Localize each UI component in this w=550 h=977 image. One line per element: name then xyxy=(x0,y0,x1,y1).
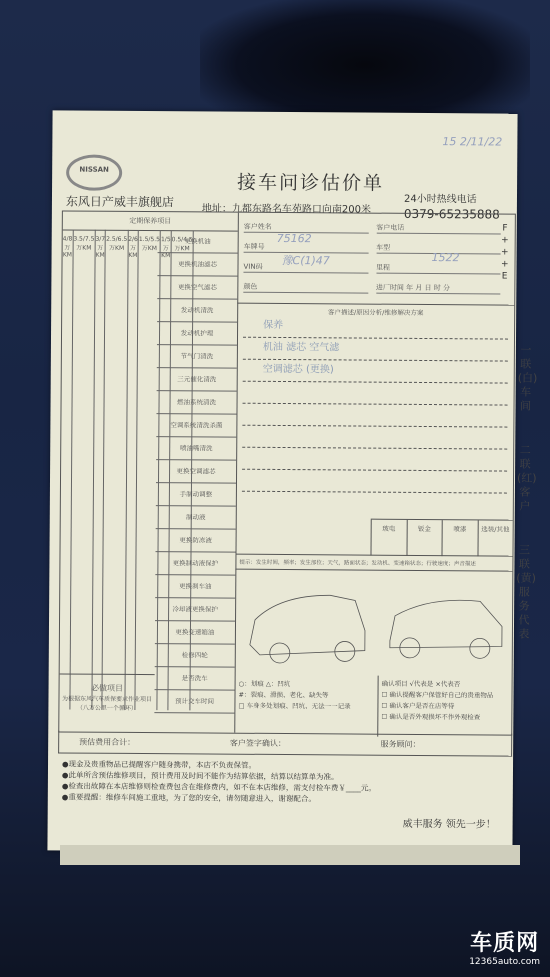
copy-labels: 一联(白)车间 二联(红)客户 三联(黄)服务代表 xyxy=(516,344,534,642)
hint-text: 提示：发生时间，频率；发生部位；天气，路面状态；发动机、变速箱状态；行驶速度；声… xyxy=(235,554,512,572)
list-item: 燃油系统清洗 xyxy=(156,391,236,415)
confirm-items: 确认项目 √代表是 ×代表否 ☐ 确认提醒客户保管好自己的贵重物品 ☐ 确认客户… xyxy=(377,676,518,738)
handwritten-model: 1522 xyxy=(432,251,460,264)
list-item: 更换变速箱油 xyxy=(155,621,235,645)
handwritten-phone: 15 2/11/22 xyxy=(442,135,502,148)
notes: ●现金及贵重物品已提醒客户随身携带，本店不负责保管。●此单所含预估维修项目，预计… xyxy=(62,758,502,805)
list-item: 检修四轮 xyxy=(155,644,235,668)
car-diagram-icon xyxy=(240,575,511,672)
customer-info: 客户姓名客户电话 车牌号车型 VIN码里程 颜色进厂时间 年 月 日 时 分 F… xyxy=(237,213,515,306)
totals-row: 预估费用合计：客户签字确认：服务顾问： xyxy=(58,730,512,756)
damage-legend: ○：划痕 △：凹坑#：裂痕、滑损、老化、缺失等□ 车身多处划痕、凹坑、无法一一记… xyxy=(234,675,382,717)
list-item: 节气门清洗 xyxy=(157,345,237,369)
list-item: 制动液 xyxy=(156,506,236,530)
list-item: 空调系统清洗杀菌 xyxy=(156,414,236,438)
list-item: 喷油嘴清洗 xyxy=(156,437,236,461)
background-shadow xyxy=(200,0,530,130)
list-item: 更换制动液保护 xyxy=(155,552,235,576)
list-item: 手制动调整 xyxy=(156,483,236,507)
list-item: 更换空调滤芯 xyxy=(156,460,236,484)
list-item: 是否洗车 xyxy=(155,667,235,691)
damage-columns: 玻电钣金喷漆选装/其他 xyxy=(370,519,512,557)
handwritten-plate: 豫C(1)47 xyxy=(281,252,329,268)
list-item: 更换空气滤芯 xyxy=(157,276,237,300)
list-item: 更换防冻液 xyxy=(156,529,236,553)
list-item: 发动机护理 xyxy=(157,322,237,346)
maintenance-items: 更换机油 更换机油滤芯 更换空气滤芯 发动机清洗 发动机护理 节气门清洗 三元催… xyxy=(154,230,237,714)
maintenance-header: 定期保养项目 xyxy=(63,211,238,231)
service-form-paper: NISSAN 接车问诊估价单 东风日产威丰旗舰店 地址：九都东路名车苑路口向南2… xyxy=(47,110,517,853)
dealer-name: 东风日产威丰旗舰店 xyxy=(66,192,174,210)
checkbox[interactable]: ☐ 确认提醒客户保管好自己的贵重物品 xyxy=(381,690,515,702)
handwritten-name: 75162 xyxy=(277,232,312,245)
list-item: 更换机油 xyxy=(158,230,238,254)
checkbox[interactable]: ☐ 确认是否外观损坏不作外观检查 xyxy=(381,712,515,724)
list-item: 更换刹车油 xyxy=(155,575,235,599)
watermark: 车质网 12365auto.com xyxy=(469,926,540,967)
interval-columns: 4/8万KM 3.5/7.5万KM 3/7万KM 2.5/6.5万KM 2/6万… xyxy=(59,229,157,710)
list-item: 发动机清洗 xyxy=(157,299,237,323)
list-item: 更换机油滤芯 xyxy=(157,253,237,277)
list-item: 三元催化清洗 xyxy=(157,368,237,392)
form-table: 定期保养项目 4/8万KM 3.5/7.5万KM 3/7万KM 2.5/6.5万… xyxy=(58,210,516,735)
paper-edge xyxy=(60,845,520,865)
slogan: 威丰服务 领先一步！ xyxy=(403,815,496,831)
problem-description: 客户描述/原因分析/维修解决方案 保养 机油 滤芯 空气滤 空调滤芯 (更换) xyxy=(236,303,515,530)
checkbox[interactable]: ☐ 确认客户是否在店等待 xyxy=(381,701,515,713)
form-title: 接车问诊估价单 xyxy=(237,168,384,196)
maintenance-grid: 定期保养项目 4/8万KM 3.5/7.5万KM 3/7万KM 2.5/6.5万… xyxy=(59,211,239,732)
nissan-logo: NISSAN xyxy=(66,154,122,190)
list-item: 冷却液更换保护 xyxy=(155,598,235,622)
fuel-gauge: F+++E xyxy=(501,223,509,283)
list-item: 预计交车时间 xyxy=(154,690,234,714)
